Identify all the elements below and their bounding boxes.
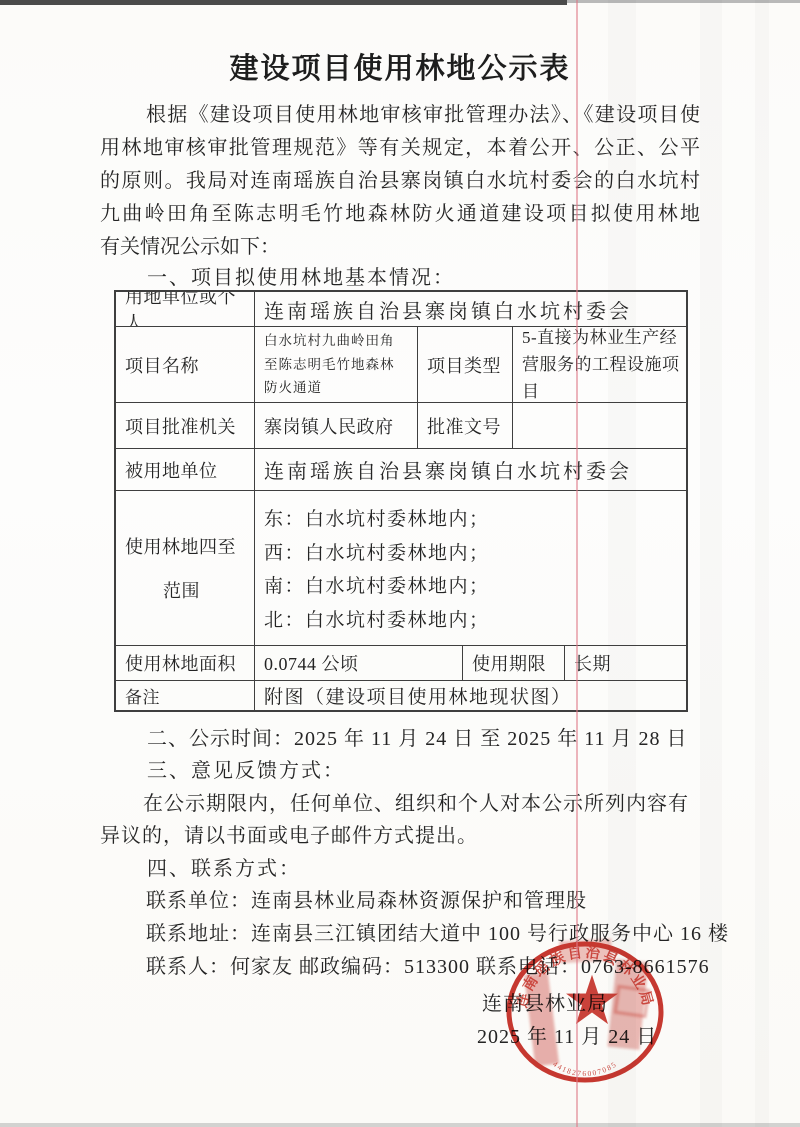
table-row: 项目名称 白水坑村九曲岭田角 至陈志明毛竹地森林 防火通道 项目类型 5-直接为…	[116, 326, 686, 402]
contact-unit: 联系单位：连南县林业局森林资源保护和管理股	[146, 884, 587, 913]
table-row: 备注 附图（建设项目使用林地现状图）	[116, 680, 686, 710]
boundary-east: 东：白水坑村委林地内；	[264, 504, 680, 531]
official-seal: 连南瑶族自治县林业局 4418276007085	[495, 930, 675, 1095]
table-row: 用地单位或个人 连南瑶族自治县寨岗镇白水坑村委会	[116, 292, 686, 326]
intro-line-1: 根据《建设项目使用林地审核审批管理办法》、《建设项目使	[100, 98, 700, 127]
row2-project-name: 白水坑村九曲岭田角 至陈志明毛竹地森林 防火通道	[254, 327, 417, 402]
row1-label: 用地单位或个人	[116, 292, 254, 326]
row3-label: 项目批准机关	[116, 403, 254, 448]
intro-line-3: 的原则。我局对连南瑶族自治县寨岗镇白水坑村委会的白水坑村	[100, 164, 700, 193]
boundary-south: 南：白水坑村委林地内；	[264, 571, 680, 598]
row3-label2: 批准文号	[417, 403, 512, 448]
page-title: 建设项目使用林地公示表	[0, 46, 800, 87]
row7-remark: 附图（建设项目使用林地现状图）	[254, 681, 686, 710]
intro-line-4: 九曲岭田角至陈志明毛竹地森林防火通道建设项目拟使用林地	[100, 197, 700, 226]
row3-approver: 寨岗镇人民政府	[254, 403, 417, 448]
boundary-north: 北：白水坑村委林地内；	[264, 605, 680, 632]
row2-project-type: 5-直接为林业生产经营服务的工程设施项目	[512, 327, 690, 402]
forest-land-table: 用地单位或个人 连南瑶族自治县寨岗镇白水坑村委会 项目名称 白水坑村九曲岭田角 …	[114, 290, 688, 712]
table-row: 使用林地四至 范围 东：白水坑村委林地内； 西：白水坑村委林地内； 南：白水坑村…	[116, 490, 686, 645]
scan-pink-line	[576, 0, 578, 1127]
section1-heading: 一、项目拟使用林地基本情况：	[147, 261, 455, 290]
row6-label2: 使用期限	[462, 646, 564, 680]
intro-line-5: 有关情况公示如下：	[100, 230, 700, 259]
row6-duration: 长期	[564, 646, 690, 680]
scanned-notice-page: 建设项目使用林地公示表 根据《建设项目使用林地审核审批管理办法》、《建设项目使 …	[0, 0, 800, 1127]
scan-edge-bottom	[0, 1123, 800, 1127]
section3-heading: 三、意见反馈方式：	[147, 754, 345, 783]
row2-label2: 项目类型	[417, 327, 512, 402]
scan-streak	[755, 0, 769, 1127]
seal-star	[566, 975, 618, 1024]
row5-boundaries: 东：白水坑村委林地内； 西：白水坑村委林地内； 南：白水坑村委林地内； 北：白水…	[254, 491, 686, 645]
intro-line-2: 用林地审核审批管理规范》等有关规定，本着公开、公正、公平	[100, 131, 700, 160]
row3-doc-number-empty	[512, 403, 690, 448]
section3-line1: 在公示期限内，任何单位、组织和个人对本公示所列内容有	[143, 787, 689, 816]
seal-graphic: 连南瑶族自治县林业局 4418276007085	[509, 939, 661, 1080]
table-row: 使用林地面积 0.0744 公顷 使用期限 长期	[116, 645, 686, 680]
row4-value: 连南瑶族自治县寨岗镇白水坑村委会	[254, 449, 686, 490]
section2-publicity-period: 二、公示时间：2025 年 11 月 24 日 至 2025 年 11 月 28…	[147, 722, 688, 751]
table-row: 项目批准机关 寨岗镇人民政府 批准文号	[116, 402, 686, 448]
row6-label: 使用林地面积	[116, 646, 254, 680]
section4-heading: 四、联系方式：	[147, 852, 301, 881]
boundary-west: 西：白水坑村委林地内；	[264, 538, 680, 565]
row1-value: 连南瑶族自治县寨岗镇白水坑村委会	[254, 292, 686, 326]
section3-line2: 异议的，请以书面或电子邮件方式提出。	[100, 819, 478, 848]
row7-label: 备注	[116, 681, 254, 710]
row5-label: 使用林地四至 范围	[116, 491, 254, 645]
row6-area: 0.0744 公顷	[254, 646, 462, 680]
table-row: 被用地单位 连南瑶族自治县寨岗镇白水坑村委会	[116, 448, 686, 490]
row4-label: 被用地单位	[116, 449, 254, 490]
row2-label: 项目名称	[116, 327, 254, 402]
scan-edge-top	[0, 0, 567, 5]
